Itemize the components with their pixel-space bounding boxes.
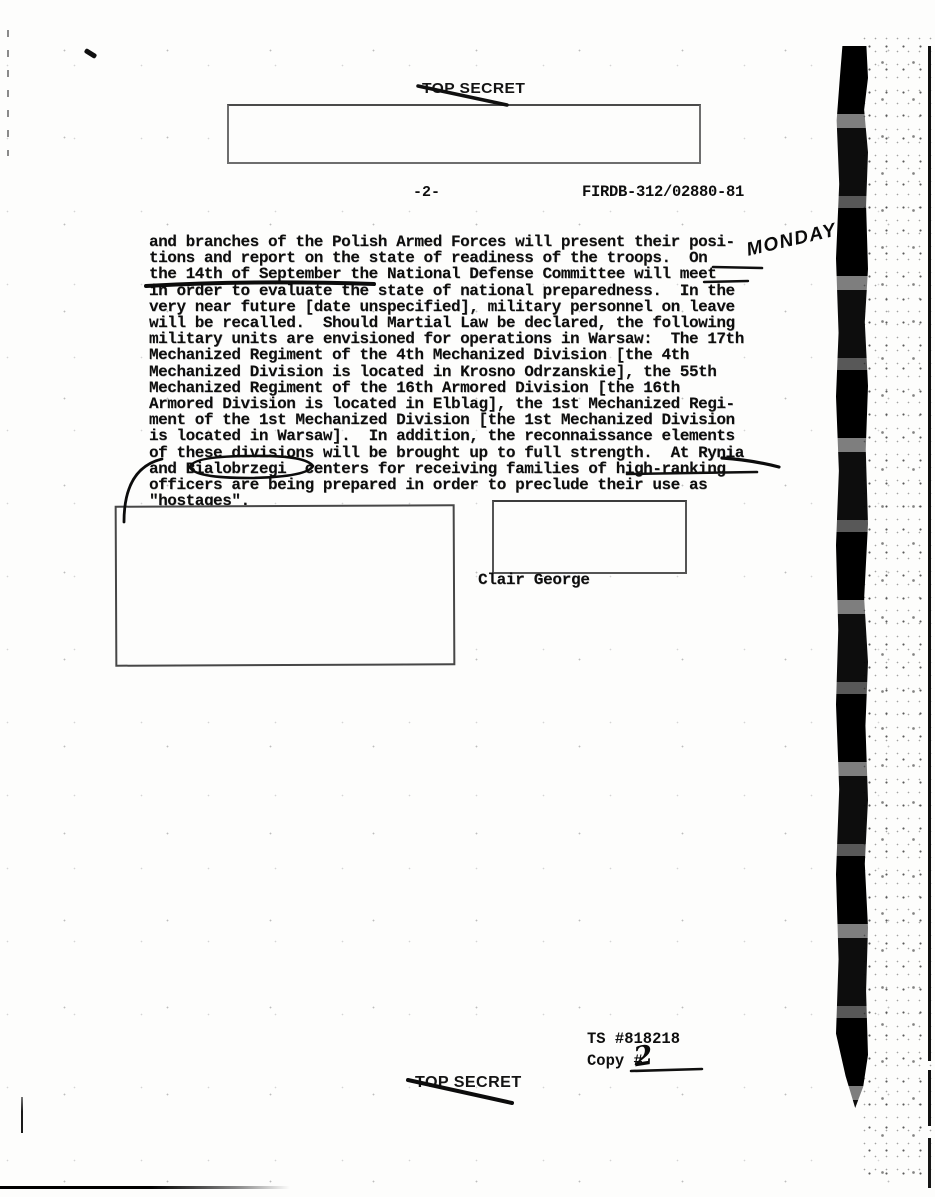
handwritten-monday-annotation: MONDAY: [745, 220, 840, 262]
bottom-horizontal-rule: [0, 1186, 290, 1189]
left-margin-dashes: [7, 30, 9, 156]
signature-name: Clair George: [478, 571, 590, 589]
scan-edge-line: [928, 46, 931, 1188]
page-number: -2-: [413, 184, 440, 201]
redaction-box-large: [115, 504, 456, 666]
scan-artifact-band: [836, 46, 868, 1108]
bottom-left-scan-line: [21, 1097, 23, 1133]
top-secret-stamp-top: TOP SECRET: [422, 80, 525, 97]
document-page: TOP SECRET -2- FIRDB-312/02880-81 and br…: [0, 0, 935, 1197]
body-paragraph: and branches of the Polish Armed Forces …: [149, 234, 744, 509]
document-reference: FIRDB-312/02880-81: [582, 183, 744, 201]
top-secret-stamp-bottom: TOP SECRET: [415, 1074, 522, 1092]
redaction-box-header: [227, 104, 701, 164]
top-left-ink-mark: [84, 48, 98, 59]
scan-noise-right-margin: [858, 30, 935, 1180]
redaction-box-signature: [492, 500, 687, 574]
